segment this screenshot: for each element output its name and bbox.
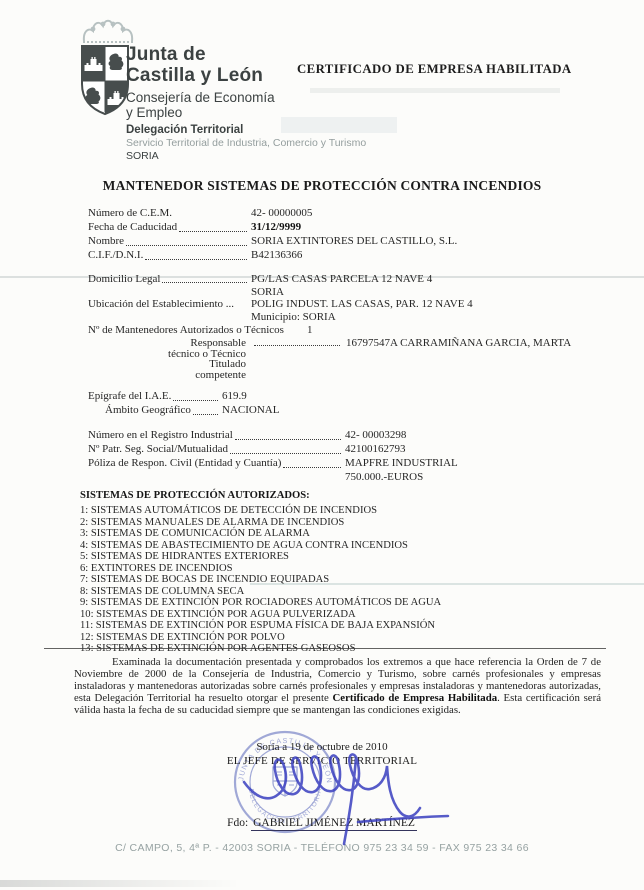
iae-fields: Epígrafe del I.A.E. 619.9 Ámbito Geográf… — [88, 389, 616, 417]
system-item: 13: SISTEMAS DE EXTINCIÓN POR AGENTES GA… — [80, 643, 614, 655]
dot-leader — [90, 311, 247, 321]
field-value: Municipio: SORIA — [251, 311, 336, 324]
dot-leader — [90, 286, 247, 296]
dot-leader — [173, 389, 218, 401]
field-row: Domicilio Legal PG/LAS CASAS PARCELA 12 … — [88, 273, 616, 286]
field-value: POLIG INDUST. LAS CASAS, PAR. 12 NAVE 4 — [251, 298, 473, 311]
field-label: Nº de Mantenedores Autorizados o Técnico… — [88, 324, 284, 337]
consejeria-name: Consejería de Economía y Empleo — [126, 90, 275, 120]
system-item: 7: SISTEMAS DE BOCAS DE INCENDIO EQUIPAD… — [80, 574, 614, 586]
delegation-block: Delegación Territorial Servicio Territor… — [126, 123, 366, 162]
service-name: Servicio Territorial de Industria, Comer… — [126, 137, 366, 150]
field-value: 1 — [307, 324, 313, 337]
dot-leader — [235, 428, 341, 440]
org-name: Junta de Castilla y León — [126, 44, 263, 86]
certificate-type-title: CERTIFICADO DE EMPRESA HABILITADA — [297, 62, 597, 77]
system-item: 2: SISTEMAS MANUALES DE ALARMA DE INCEND… — [80, 517, 614, 529]
field-label: Fecha de Caducidad — [88, 220, 177, 234]
field-label: Epígrafe del I.A.E. — [88, 389, 171, 403]
responsible-technician-block: Responsable 16797547A CARRAMIÑANA GARCIA… — [88, 337, 616, 381]
dot-leader — [254, 337, 340, 347]
field-value: NACIONAL — [222, 403, 279, 417]
field-row: Ámbito Geográfico NACIONAL — [88, 403, 616, 417]
identification-fields: Número de C.E.M. 42- 00000005 Fecha de C… — [88, 206, 616, 262]
field-value: MAPFRE INDUSTRIAL — [345, 456, 458, 470]
field-label: Ámbito Geográfico — [88, 403, 191, 417]
field-label: Ubicación del Establecimiento ... — [88, 298, 234, 311]
field-label: Domicilio Legal — [88, 273, 160, 286]
field-label: Nº Patr. Seg. Social/Mutualidad — [88, 442, 228, 456]
field-label: Nombre — [88, 234, 124, 248]
system-item: 10: SISTEMAS DE EXTINCIÓN POR AGUA PULVE… — [80, 609, 614, 621]
field-label: Póliza de Respon. Civil (Entidad y Cuant… — [88, 456, 281, 470]
field-row: 750.000.-EUROS — [88, 470, 616, 484]
system-item: 8: SISTEMAS DE COLUMNA SECA — [80, 586, 614, 598]
org-name-line2: Castilla y León — [126, 65, 263, 86]
systems-heading: SISTEMAS DE PROTECCIÓN AUTORIZADOS: — [80, 489, 614, 502]
handwritten-signature-icon — [230, 738, 460, 853]
delegation-title: Delegación Territorial — [126, 123, 366, 137]
field-label: Número de C.E.M. — [88, 206, 172, 220]
responsible-label-line: competente — [88, 370, 246, 380]
field-row: Nombre SORIA EXTINTORES DEL CASTILLO, S.… — [88, 234, 616, 248]
dot-leader — [126, 234, 247, 246]
field-row: Nº de Mantenedores Autorizados o Técnico… — [88, 324, 616, 337]
field-label: C.I.F./D.N.I. — [88, 248, 143, 262]
field-value: 42- 00003298 — [345, 428, 406, 442]
field-value: SORIA EXTINTORES DEL CASTILLO, S.L. — [251, 234, 457, 248]
location-fields: Domicilio Legal PG/LAS CASAS PARCELA 12 … — [88, 273, 616, 380]
field-value: B42136366 — [251, 248, 302, 262]
consejeria-line1: Consejería de Economía — [126, 90, 275, 105]
dot-leader — [193, 403, 218, 415]
field-value: 619.9 — [222, 389, 247, 403]
field-value: 750.000.-EUROS — [345, 470, 423, 484]
system-item: 6: EXTINTORES DE INCENDIOS — [80, 563, 614, 575]
org-name-line1: Junta de — [126, 44, 263, 65]
dot-leader — [90, 470, 341, 482]
field-row: Ubicación del Establecimiento ... POLIG … — [88, 298, 616, 311]
field-row: Póliza de Respon. Civil (Entidad y Cuant… — [88, 456, 616, 470]
crown-icon — [83, 21, 133, 42]
field-value: PG/LAS CASAS PARCELA 12 NAVE 4 — [251, 273, 432, 286]
resolution-paragraph: Examinada la documentación presentada y … — [74, 657, 601, 717]
registry-fields: Número en el Registro Industrial 42- 000… — [88, 428, 616, 484]
paragraph-bold: Certificado de Empresa Habilitada — [333, 692, 498, 704]
system-item: 5: SISTEMAS DE HIDRANTES EXTERIORES — [80, 551, 614, 563]
system-item: 3: SISTEMAS DE COMUNICACIÓN DE ALARMA — [80, 528, 614, 540]
dot-leader — [283, 456, 341, 468]
dot-leader — [179, 220, 247, 232]
field-row: Nº Patr. Seg. Social/Mutualidad 42100162… — [88, 442, 616, 456]
field-row: SORIA — [88, 286, 616, 299]
scan-artifact-smudge — [0, 880, 300, 887]
field-label: Número en el Registro Industrial — [88, 428, 233, 442]
signature-area: JUNTA DE CASTILLA Y LEÓN DELEGACIÓN TERR… — [0, 736, 644, 848]
field-row: C.I.F./D.N.I. B42136366 — [88, 248, 616, 262]
field-value: 31/12/9999 — [251, 220, 301, 234]
system-item: 12: SISTEMAS DE EXTINCIÓN POR POLVO — [80, 632, 614, 644]
dot-leader — [162, 273, 247, 283]
document-title: MANTENEDOR SISTEMAS DE PROTECCIÓN CONTRA… — [0, 178, 644, 194]
field-value: 42- 00000005 — [251, 206, 312, 220]
header: Junta de Castilla y León CERTIFICADO DE … — [0, 0, 644, 170]
field-row: Número de C.E.M. 42- 00000005 — [88, 206, 616, 220]
system-item: 4: SISTEMAS DE ABASTECIMIENTO DE AGUA CO… — [80, 540, 614, 552]
field-row: Número en el Registro Industrial 42- 000… — [88, 428, 616, 442]
systems-list: 1: SISTEMAS AUTOMÁTICOS DE DETECCIÓN DE … — [80, 505, 614, 655]
field-row: Epígrafe del I.A.E. 619.9 — [88, 389, 616, 403]
province-name: SORIA — [126, 150, 366, 162]
system-item: 11: SISTEMAS DE EXTINCIÓN POR ESPUMA FÍS… — [80, 620, 614, 632]
responsible-value: 16797547A CARRAMIÑANA GARCIA, MARTA — [346, 337, 571, 349]
dot-leader — [145, 248, 247, 260]
quartered-shield-icon — [82, 46, 128, 116]
dot-leader — [174, 206, 247, 218]
dot-leader — [236, 298, 247, 308]
consejeria-line2: y Empleo — [126, 105, 275, 120]
dot-leader — [230, 442, 341, 454]
field-value: 42100162793 — [345, 442, 406, 456]
field-row: Fecha de Caducidad 31/12/9999 — [88, 220, 616, 234]
dot-leader — [286, 324, 303, 334]
certificate-document: Junta de Castilla y León CERTIFICADO DE … — [0, 0, 644, 890]
field-row: Municipio: SORIA — [88, 311, 616, 324]
system-item: 9: SISTEMAS DE EXTINCIÓN POR ROCIADORES … — [80, 597, 614, 609]
system-item: 1: SISTEMAS AUTOMÁTICOS DE DETECCIÓN DE … — [80, 505, 614, 517]
authorized-systems: SISTEMAS DE PROTECCIÓN AUTORIZADOS: 1: S… — [80, 489, 614, 655]
field-value: SORIA — [251, 286, 284, 299]
